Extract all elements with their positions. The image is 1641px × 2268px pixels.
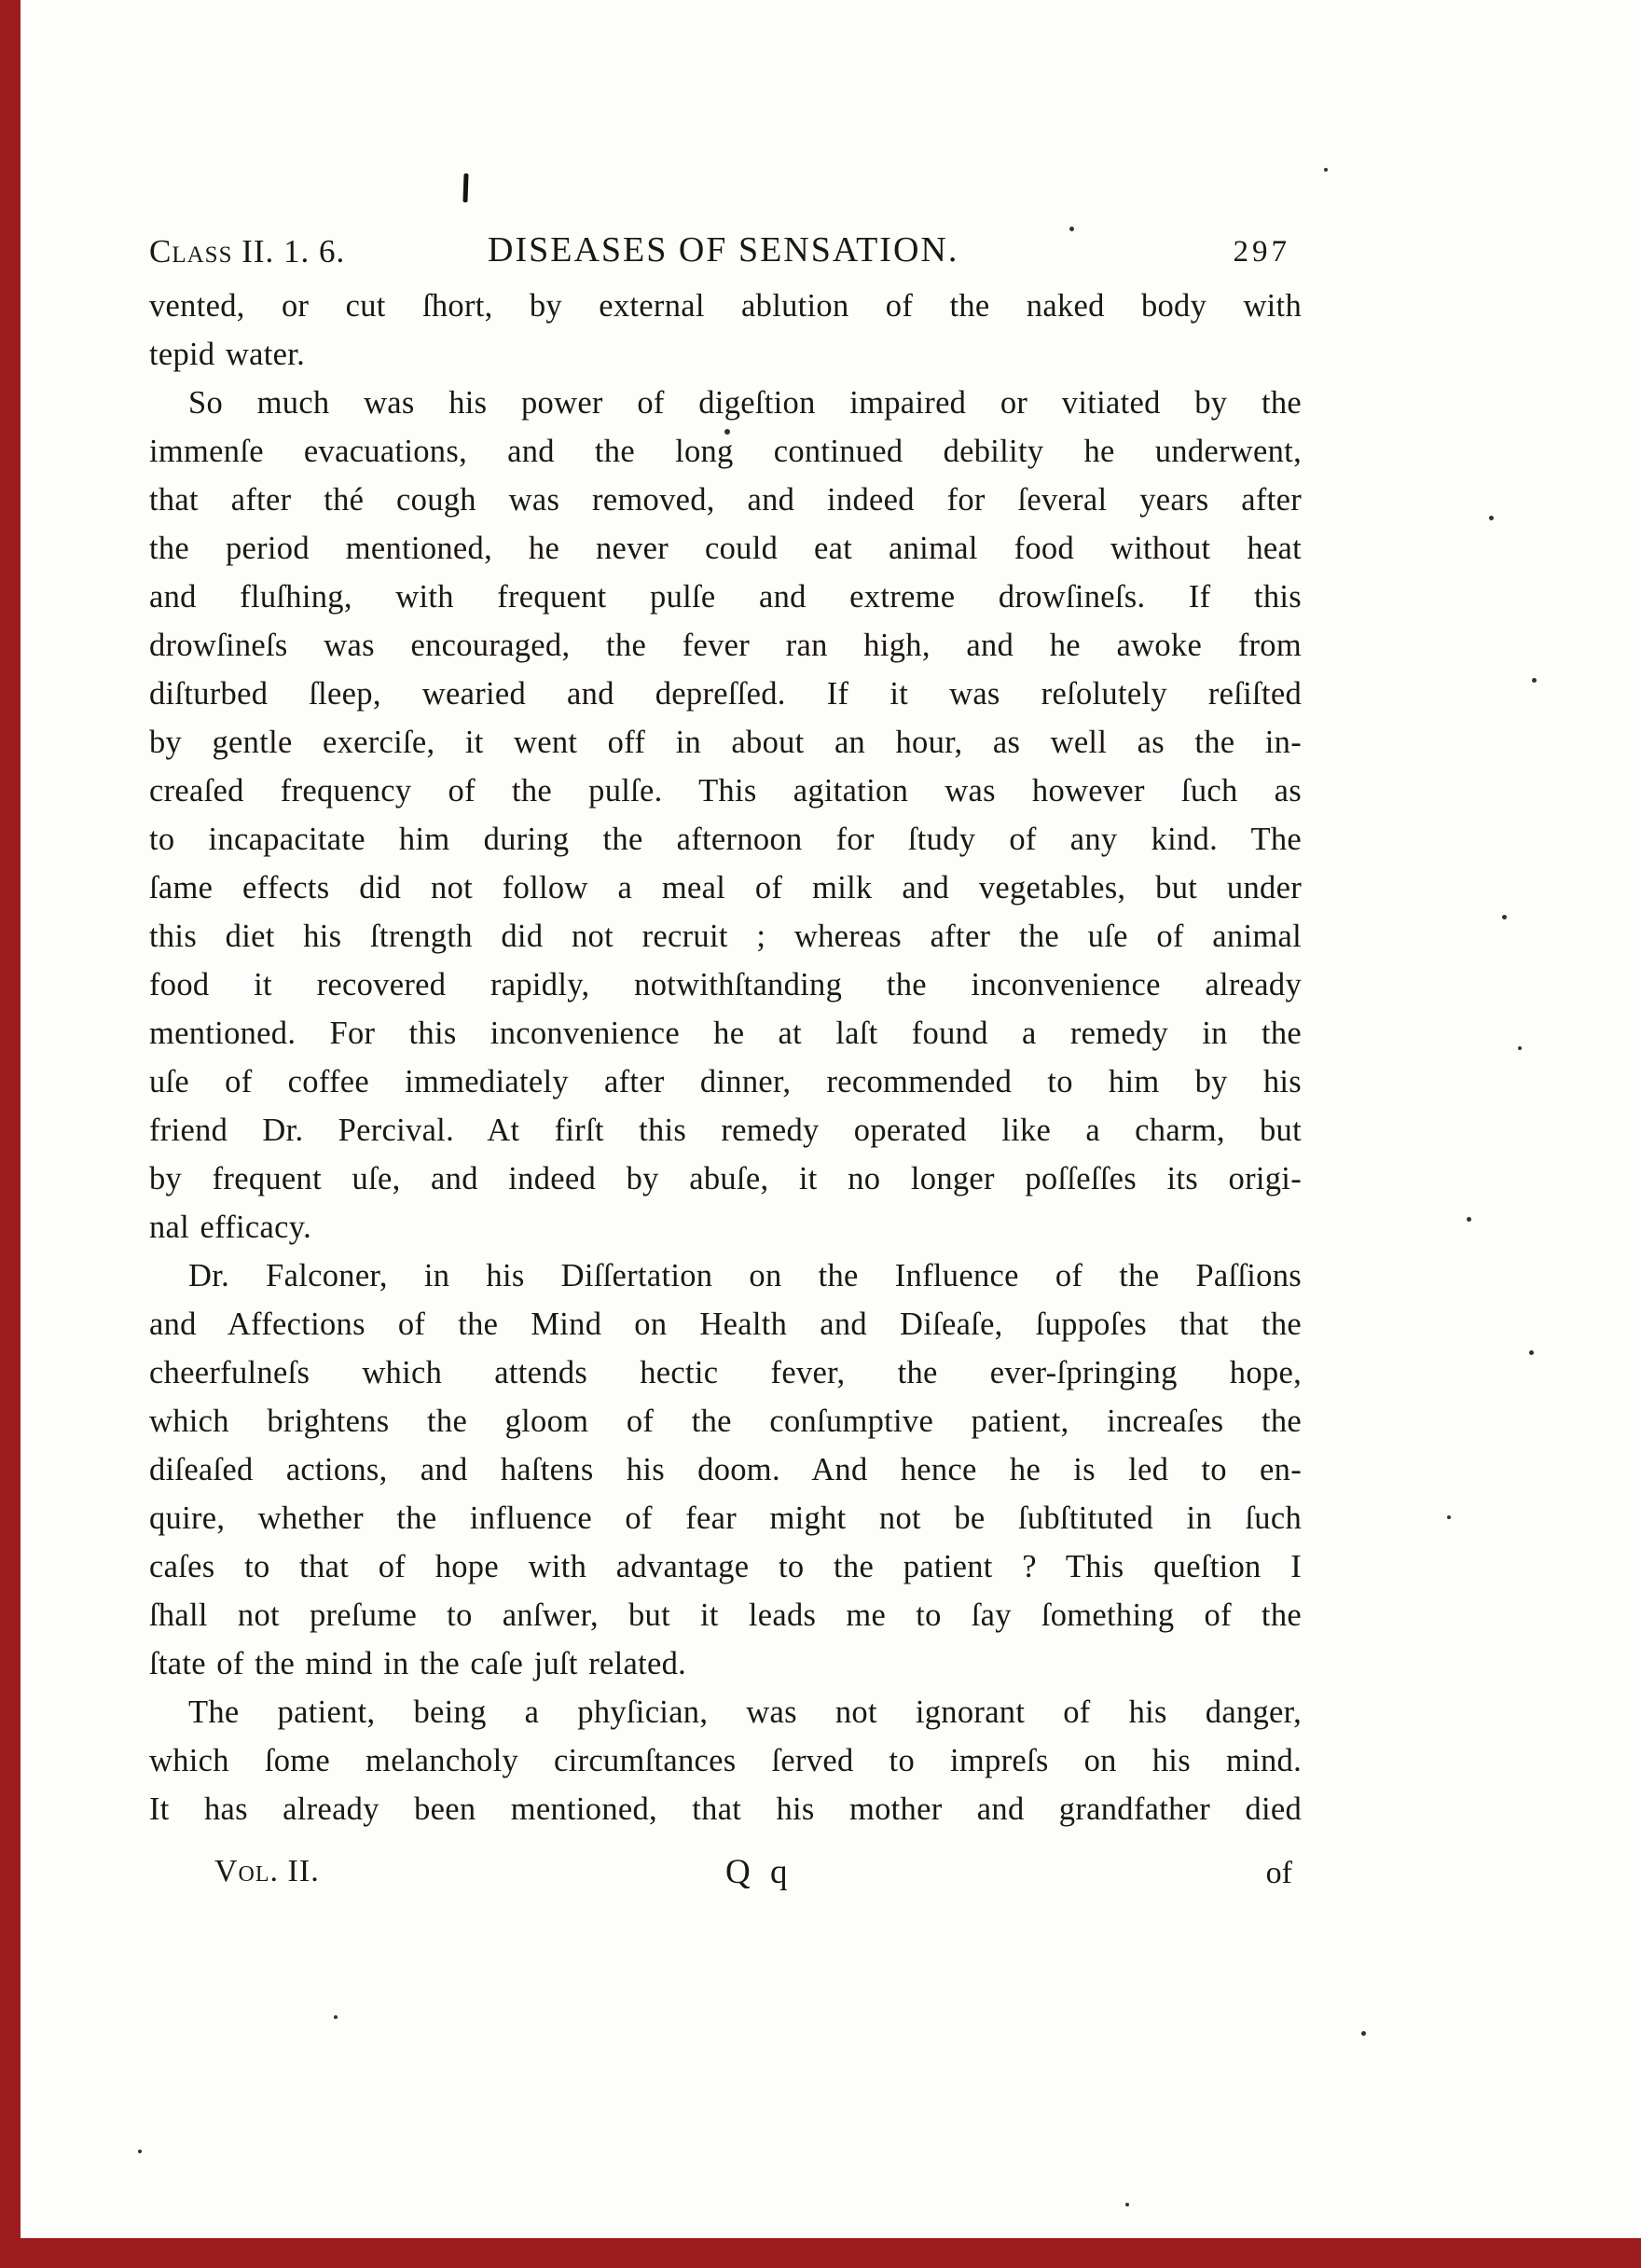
text-line: ſame effects did not follow a meal of mi… (149, 864, 1302, 912)
text-line: vented, or cut ſhort, by external abluti… (149, 282, 1302, 330)
text-line: which brightens the gloom of the conſump… (149, 1397, 1302, 1445)
page-number: 297 (1234, 235, 1291, 270)
page-title: DISEASES OF SENSATION. (488, 229, 958, 270)
ink-speck (1447, 1515, 1451, 1519)
text-line: by frequent uſe, and indeed by abuſe, it… (149, 1155, 1302, 1203)
text-line: drowſineſs was encouraged, the fever ran… (149, 621, 1302, 670)
ink-speck (1467, 1217, 1471, 1222)
text-line: creaſed frequency of the pulſe. This agi… (149, 767, 1302, 815)
ink-speck (138, 2150, 142, 2153)
text-line: It has already been mentioned, that his … (149, 1785, 1302, 1833)
text-line: this diet his ſtrength did not recruit ;… (149, 912, 1302, 961)
ink-speck (1518, 1046, 1522, 1050)
text-line: food it recovered rapidly, notwithſtandi… (149, 961, 1302, 1009)
text-line: uſe of coffee immediately after dinner, … (149, 1058, 1302, 1106)
ink-speck (1532, 678, 1537, 683)
text-line: Dr. Falconer, in his Diſſertation on the… (149, 1252, 1302, 1300)
text-line: cheerfulneſs which attends hectic fever,… (149, 1348, 1302, 1397)
text-line: the period mentioned, he never could eat… (149, 524, 1302, 573)
text-line: friend Dr. Percival. At firſt this remed… (149, 1106, 1302, 1155)
ink-speck (724, 429, 730, 435)
ink-speck (1489, 516, 1494, 520)
ink-speck (1502, 915, 1507, 920)
section-label: Class II. 1. 6. (149, 233, 345, 270)
stray-ink-mark (462, 173, 468, 202)
text-line: to incapacitate him during the afternoon… (149, 815, 1302, 864)
text-line: ſhall not preſume to anſwer, but it lead… (149, 1591, 1302, 1639)
text-line: that after thé cough was removed, and in… (149, 476, 1302, 524)
text-line: nal efficacy. (149, 1203, 1302, 1252)
text-line: The patient, being a phyſician, was not … (149, 1688, 1302, 1736)
ink-speck (334, 2015, 338, 2019)
body-text: vented, or cut ſhort, by external abluti… (149, 282, 1302, 1833)
ink-speck (1069, 227, 1074, 231)
text-line: by gentle exerciſe, it went off in about… (149, 718, 1302, 767)
text-line: mentioned. For this inconvenience he at … (149, 1009, 1302, 1058)
ink-speck (1324, 168, 1328, 172)
text-line: and fluſhing, with frequent pulſe and ex… (149, 573, 1302, 621)
ink-speck (1361, 2031, 1366, 2036)
red-left-border (0, 0, 21, 2268)
ink-speck (1125, 2203, 1129, 2206)
page-footer: Vol. II. Q q of (149, 1852, 1302, 1917)
text-line: quire, whether the influence of fear mig… (149, 1494, 1302, 1542)
scanned-book-page: { "document": { "colors": { "border_red"… (0, 0, 1641, 2268)
ink-speck (1529, 1350, 1534, 1355)
text-line: diſturbed ſleep, wearied and depreſſed. … (149, 670, 1302, 718)
text-line: tepid water. (149, 330, 1302, 379)
text-line: So much was his power of digeſtion impai… (149, 379, 1302, 427)
signature-mark: Q q (725, 1852, 793, 1892)
text-line: ſtate of the mind in the caſe juſt relat… (149, 1639, 1302, 1688)
volume-label: Vol. II. (214, 1854, 320, 1889)
text-line: which ſome melancholy circumſtances ſerv… (149, 1736, 1302, 1785)
red-bottom-border (0, 2238, 1641, 2268)
text-line: diſeaſed actions, and haſtens his doom. … (149, 1445, 1302, 1494)
page-header: Class II. 1. 6. DISEASES OF SENSATION. 2… (149, 229, 1302, 282)
text-line: and Affections of the Mind on Health and… (149, 1300, 1302, 1348)
catchword: of (1266, 1856, 1292, 1891)
text-line: caſes to that of hope with advantage to … (149, 1542, 1302, 1591)
